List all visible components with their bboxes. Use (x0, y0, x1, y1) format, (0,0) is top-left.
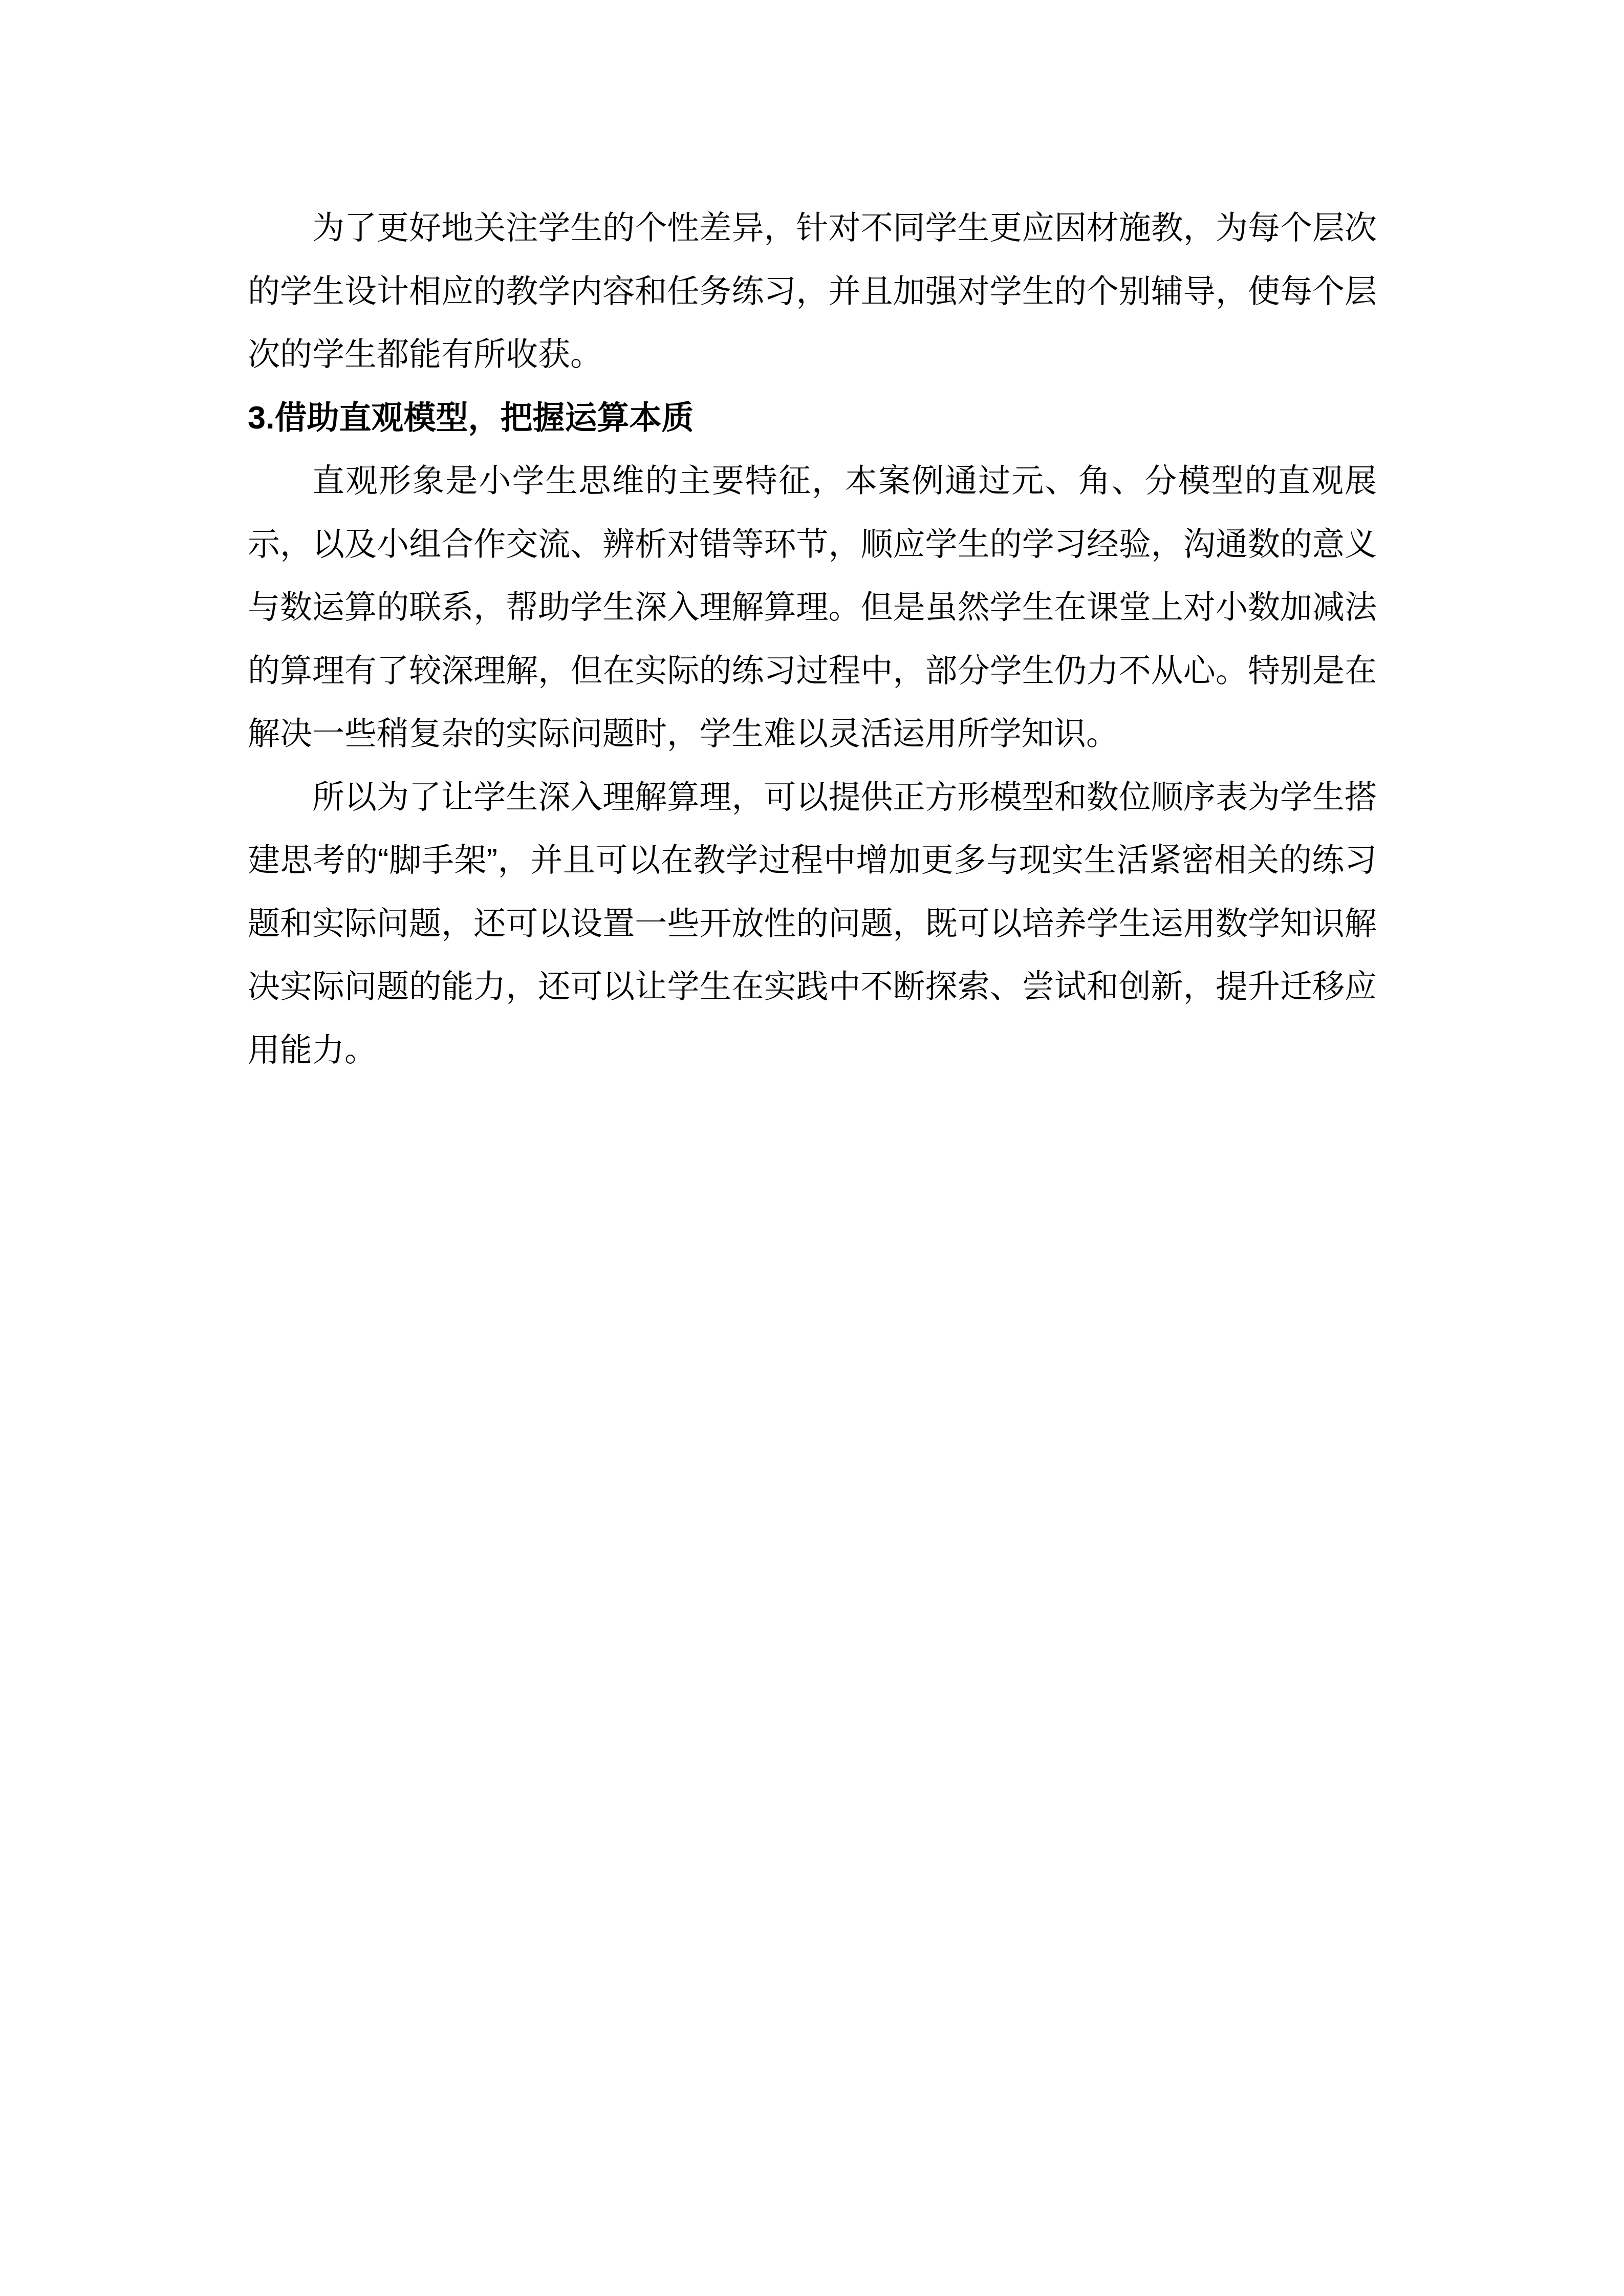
section-heading-visual-models: 3.借助直观模型，把握运算本质 (248, 387, 1377, 450)
document-text-block: 为了更好地关注学生的个性差异，针对不同学生更应因材施教，为每个层次的学生设计相应… (248, 197, 1377, 1082)
paragraph-differentiated-teaching: 为了更好地关注学生的个性差异，针对不同学生更应因材施教，为每个层次的学生设计相应… (248, 197, 1377, 387)
document-page: 为了更好地关注学生的个性差异，针对不同学生更应因材施教，为每个层次的学生设计相应… (0, 0, 1624, 2296)
paragraph-improvement-suggestions: 所以为了让学生深入理解算理，可以提供正方形模型和数位顺序表为学生搭建思考的“脚手… (248, 766, 1377, 1082)
paragraph-visual-models-reflection: 直观形象是小学生思维的主要特征，本案例通过元、角、分模型的直观展示，以及小组合作… (248, 449, 1377, 766)
